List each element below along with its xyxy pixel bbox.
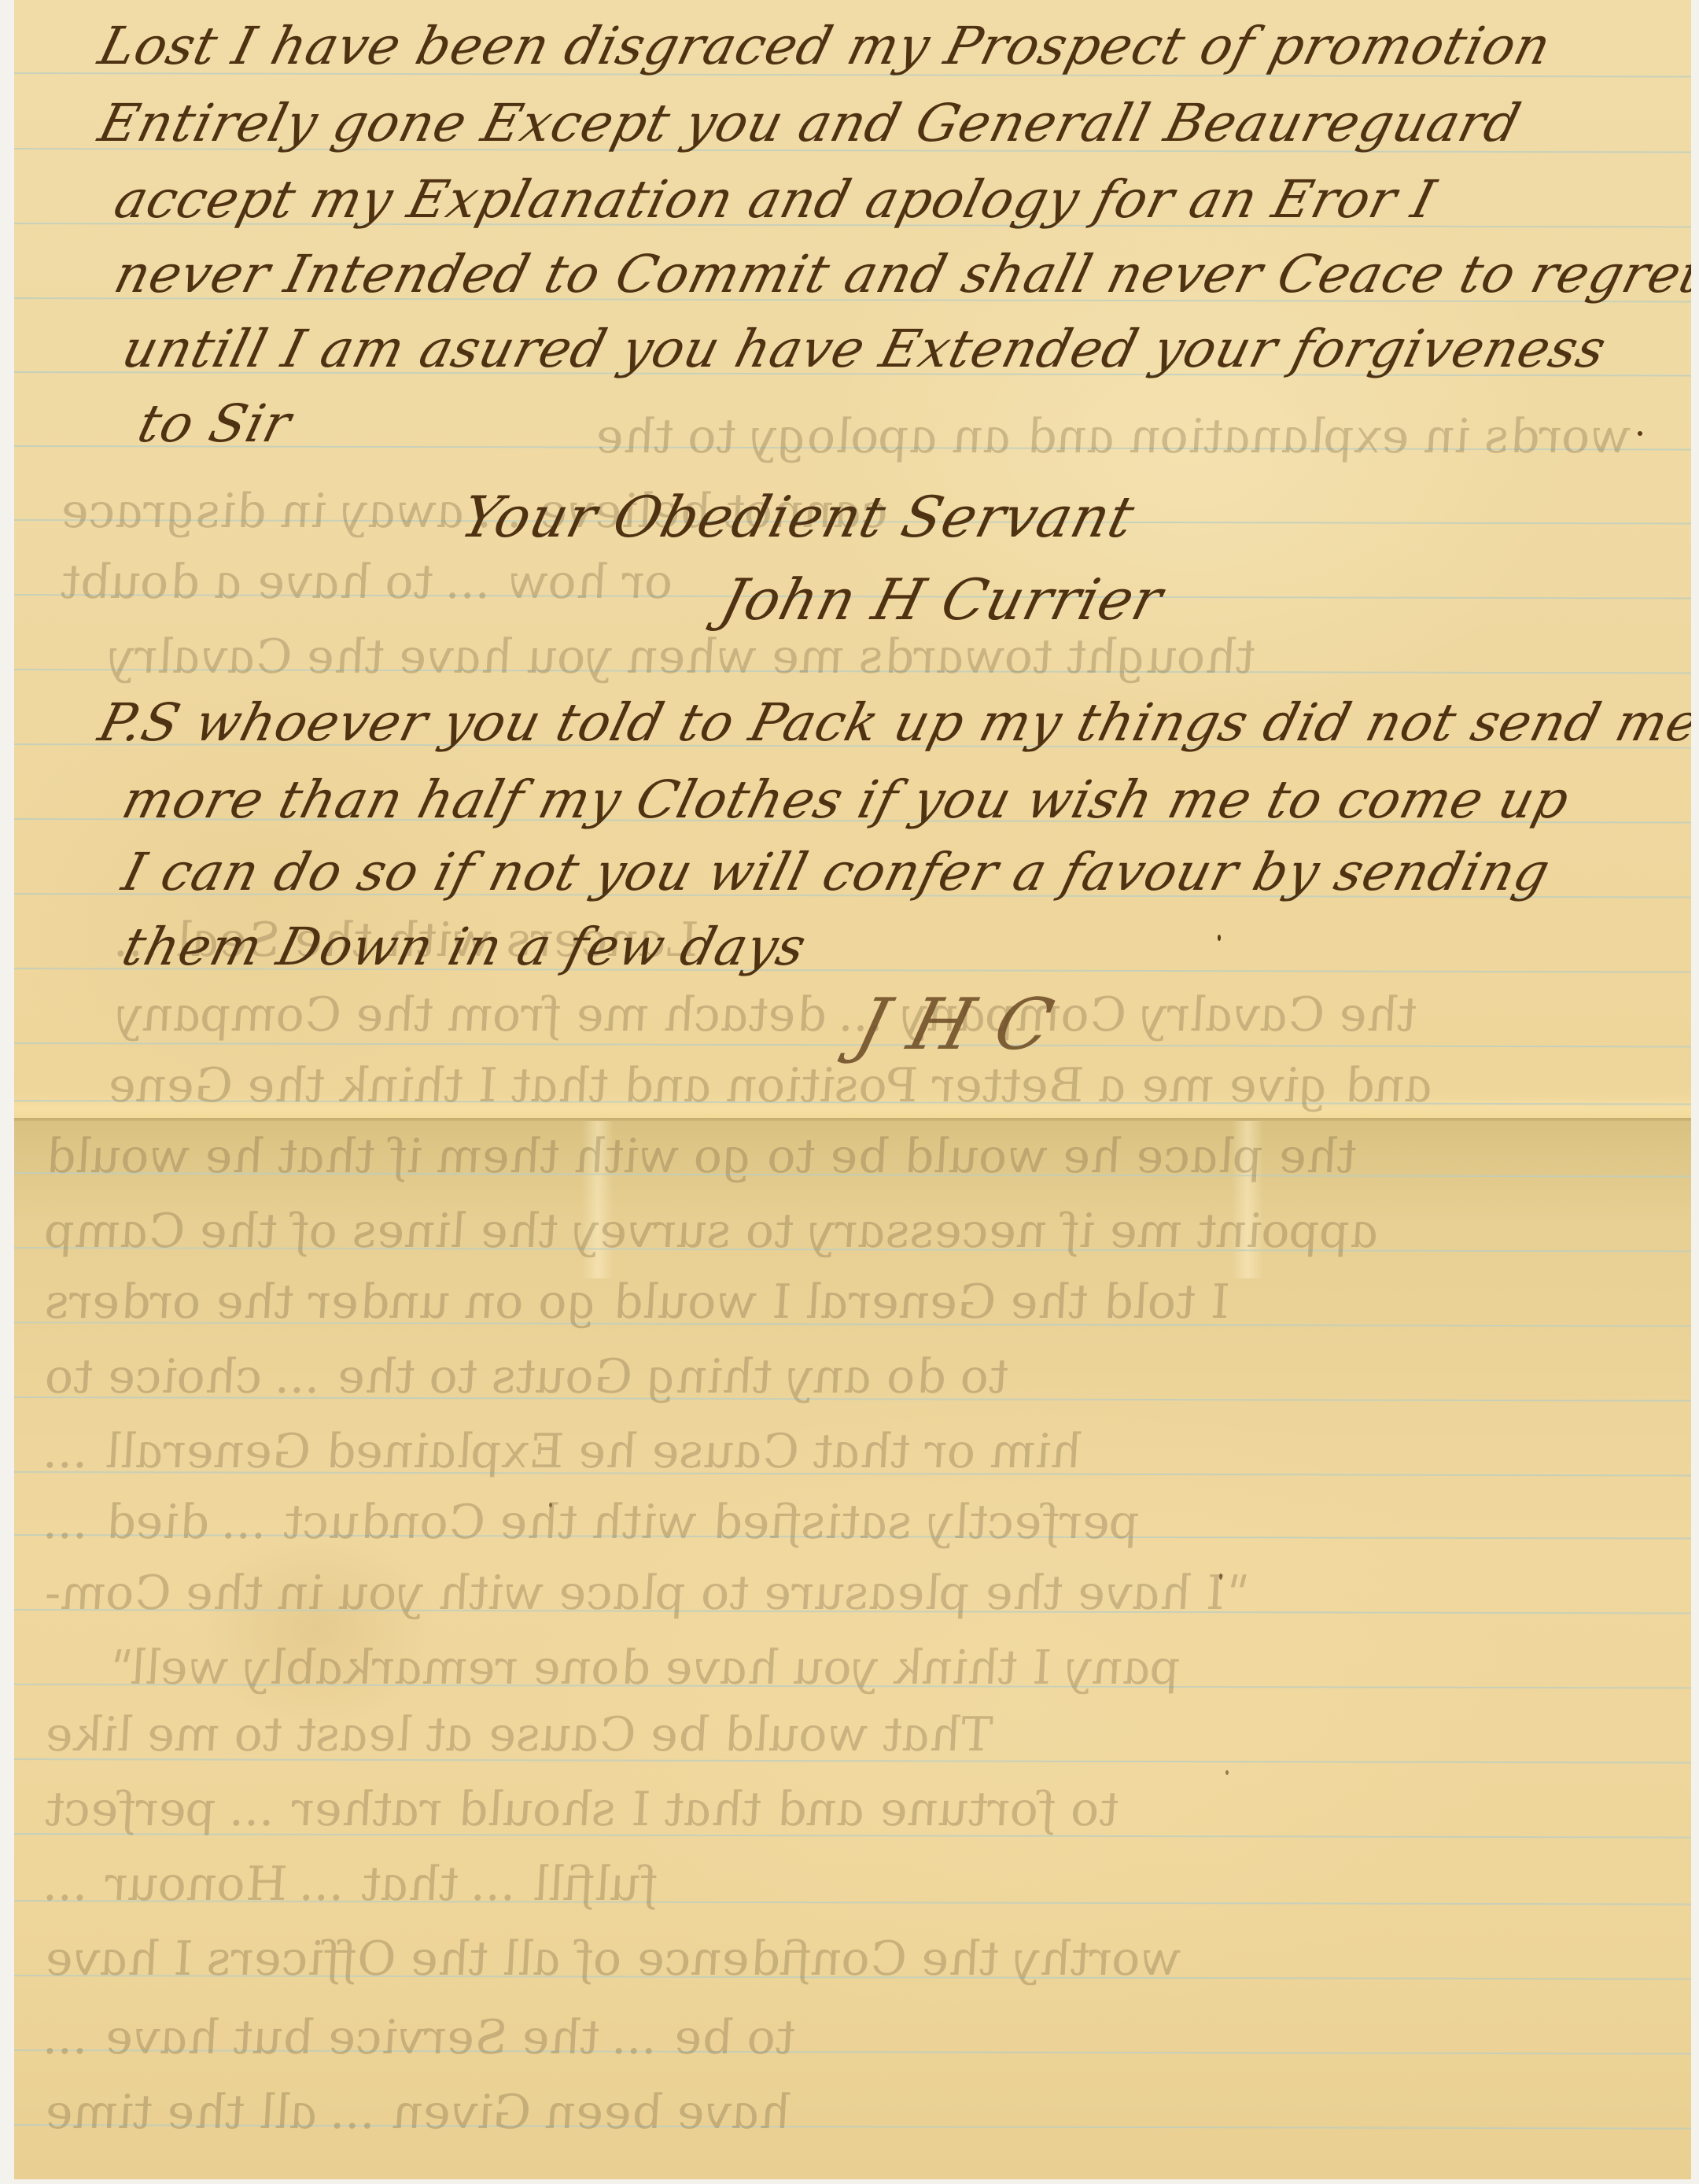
- letter-signature: John H Currier: [714, 566, 1170, 633]
- bleed-through-line: fulfill ... that ... Honour ...: [39, 1857, 665, 1912]
- letter-closing: Your Obedient Servant: [455, 484, 1141, 550]
- bleed-through-line: I told the General I would go on under t…: [39, 1275, 1236, 1330]
- bleed-through-line: appoint me if necessary to survey the li…: [39, 1204, 1386, 1259]
- ink-speck: [549, 1503, 552, 1507]
- postscript-line: P.S whoever you told to Pack up my thing…: [93, 692, 1691, 753]
- bleed-through-line: pany I think you have done remarkably we…: [101, 1640, 1188, 1695]
- letter-body-line: never Intended to Commit and shall never…: [109, 244, 1691, 304]
- bleed-through-line: to do any thing Gouts to the ... choice …: [39, 1349, 1015, 1404]
- postscript-line: them Down in a few days: [116, 917, 813, 977]
- ink-speck: [1638, 431, 1642, 436]
- bleed-through-line: worthy the Confidence of all the Officer…: [39, 1931, 1188, 1987]
- postscript-line: more than half my Clothes if you wish me…: [116, 769, 1576, 830]
- bleed-through-line: perfectly satisfied with the Conduct ...…: [39, 1495, 1148, 1550]
- ink-speck: [1218, 935, 1221, 941]
- bleed-through-line: and give me a Better Position and that I…: [101, 1058, 1439, 1113]
- bleed-through-line: thought towards me when you have the Cav…: [101, 629, 1262, 684]
- postscript-line: I can do so if not you will confer a fav…: [116, 842, 1557, 902]
- letter-page: words in explanation and an apology to t…: [14, 0, 1691, 2179]
- bleed-through-line: the place he would be to go with them if…: [39, 1129, 1363, 1184]
- bleed-through-line: to fortune and that I should rather ... …: [39, 1782, 1126, 1837]
- ink-speck: [1225, 1770, 1229, 1775]
- bleed-through-line: words in explanation and an apology to t…: [589, 409, 1638, 464]
- ink-speck: [1219, 1573, 1222, 1580]
- letter-initials: J H C: [848, 983, 1062, 1066]
- bleed-through-line: "I have the pleasure to place with you i…: [39, 1566, 1253, 1621]
- horizontal-fold-crease: [14, 1118, 1691, 1121]
- bleed-through-line: have been Given ... all the time: [39, 2085, 797, 2140]
- letter-body-line: Entirely gone Except you and Generall Be…: [93, 93, 1527, 153]
- letter-body-line: Lost I have been disgraced my Prospect o…: [93, 16, 1557, 76]
- bleed-through-line: or how ... to have a doubt: [54, 555, 680, 610]
- letter-body-line: accept my Explanation and apology for an…: [109, 169, 1442, 230]
- letter-salutation: to Sir: [132, 393, 297, 454]
- letter-body-line: untill I am asured you have Extended you…: [116, 319, 1612, 379]
- bleed-through-line: That would be Cause at least to me like: [39, 1707, 999, 1762]
- bleed-through-line: to be ... the Service but have ...: [39, 2010, 802, 2065]
- bleed-through-line: the Cavalry Company ... detach me from t…: [109, 987, 1424, 1042]
- bleed-through-line: him or that Cause he Explained Generall …: [39, 1424, 1088, 1479]
